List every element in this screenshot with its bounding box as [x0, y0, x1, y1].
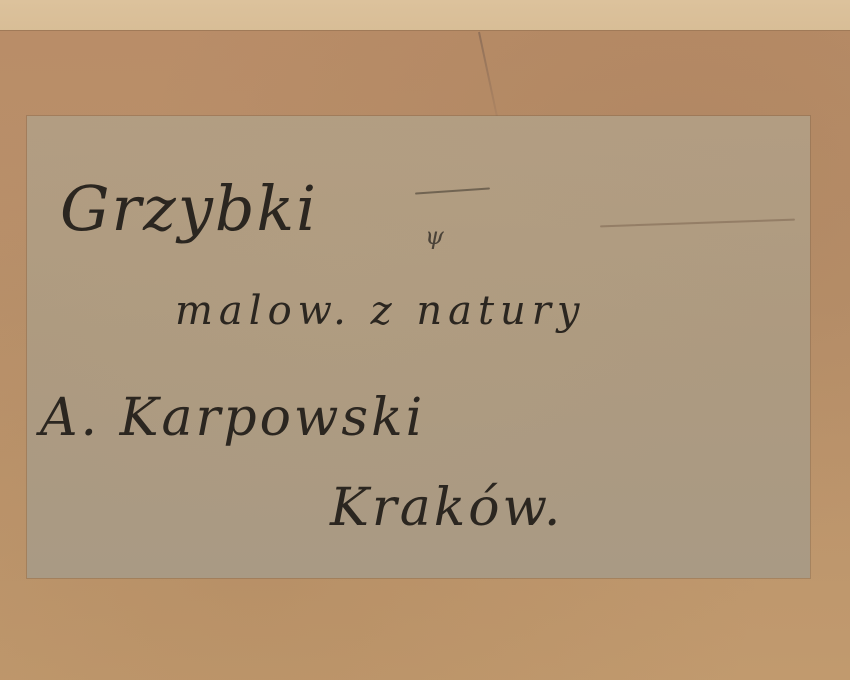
top-paper-strip [0, 0, 850, 32]
inscription-place: Kraków. [330, 478, 563, 538]
inscription-mark: ψ [425, 222, 446, 250]
inscription-artist: A. Karpowski [40, 388, 425, 448]
inscription-title: Grzybki [60, 172, 318, 245]
inscription-subtitle: malow. z natury [175, 288, 586, 334]
